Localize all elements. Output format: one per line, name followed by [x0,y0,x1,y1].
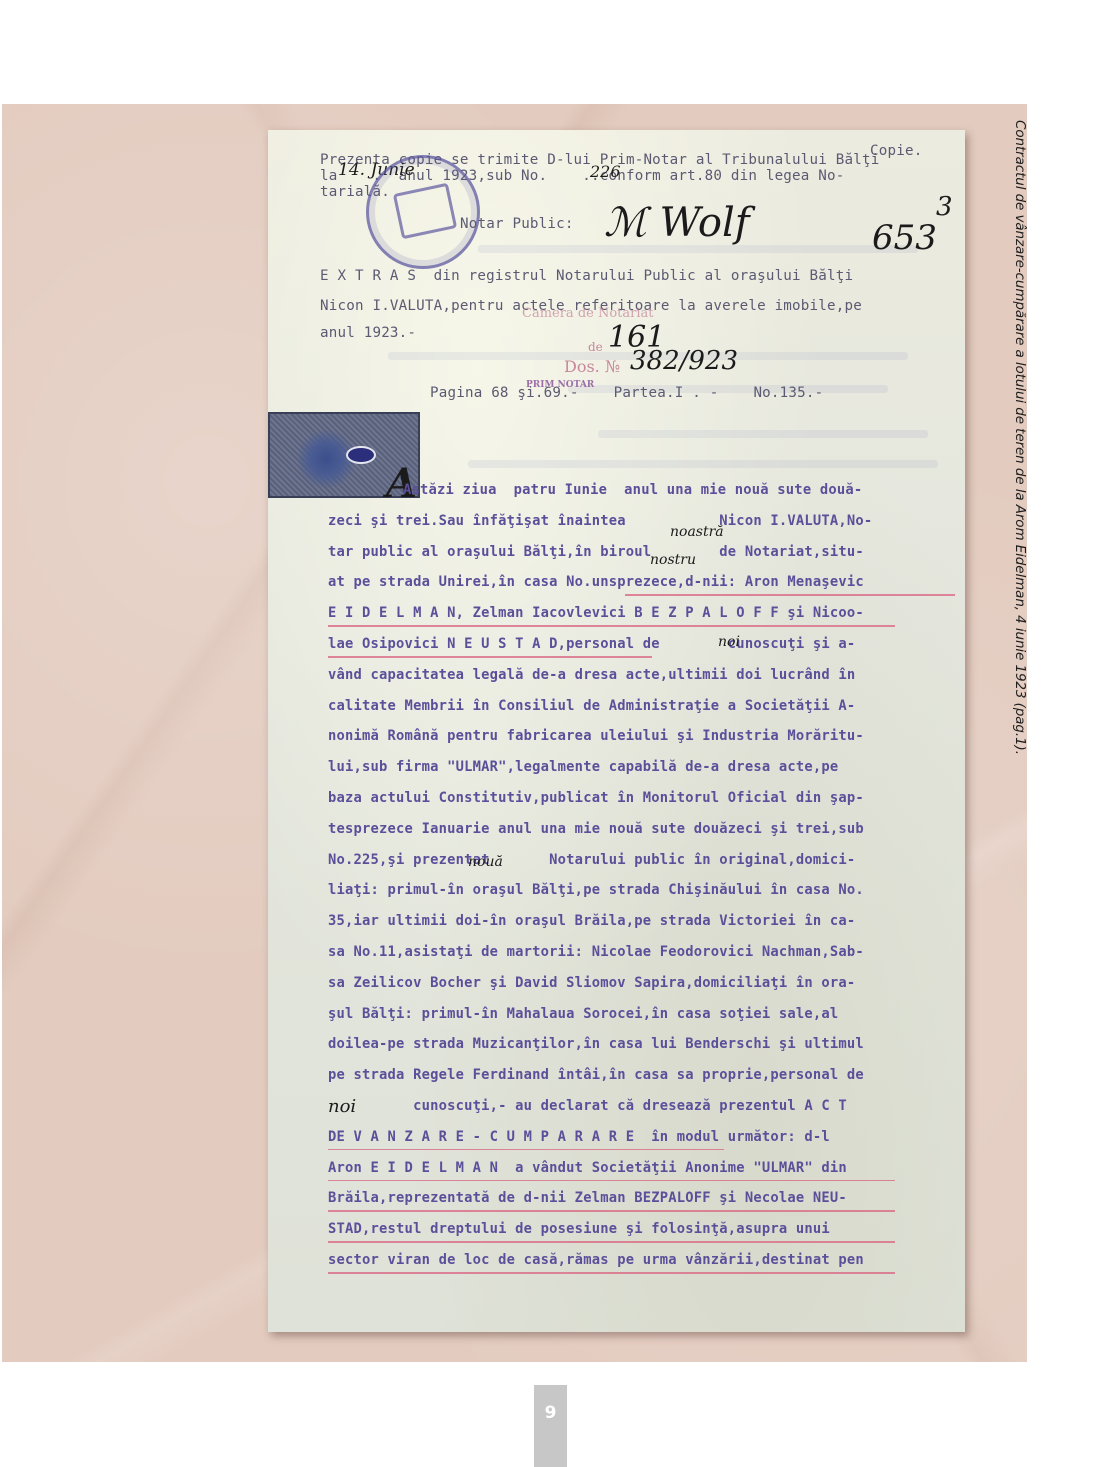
contract-line: şul Bălţi: primul-în Mahalaua Sorocei,în… [328,1006,838,1022]
contract-line: at pe strada Unirei,în casa No.unsprezec… [328,574,864,590]
pink-stamp-text: Camera de Notariat [522,306,654,321]
contract-line: Aron E I D E L M A N a vândut Societăţii… [328,1160,847,1176]
contract-line: pe strada Regele Ferdinand întâi,în casa… [328,1067,864,1083]
handwritten-insertion: noastră [670,524,724,540]
bleed-through [468,460,938,468]
contract-line: lui,sub firma "ULMAR",legalmente capabil… [328,759,838,775]
contract-line: 35,iar ultimii doi-în oraşul Brăila,pe s… [328,913,855,929]
red-underline [328,1241,895,1243]
seal-emblem [393,183,457,240]
extract-line-3: anul 1923.- [320,325,416,341]
margin-number-top: 3 [936,192,953,222]
contract-line: baza actului Constitutiv,publicat în Mon… [328,790,864,806]
red-underline [625,594,955,596]
extract-line-1: E X T R A S din registrul Notarului Publ… [320,268,853,284]
bleed-through [598,430,928,438]
contract-line: sa Zeilicov Bocher şi David Sliomov Sapi… [328,975,855,991]
contract-line: tesprezece Ianuarie anul una mie nouă su… [328,821,864,837]
stamp-value-oval [346,446,376,464]
contract-line: lae Osipovici N E U S T A D,personal de … [328,636,855,652]
red-underline [328,1210,895,1212]
contract-line: nonimă Română pentru fabricarea uleiului… [328,728,864,744]
contract-line: STAD,restul dreptului de posesiune şi fo… [328,1221,830,1237]
page-reference-line: Pagina 68 şi.69.- Partea.I . - No.135.- [430,385,823,401]
dos-label: Dos. № [564,357,620,376]
handwritten-insertion: nouă [468,854,503,870]
contract-line: doilea-pe strada Muzicanţilor,în casa lu… [328,1036,864,1052]
notary-seal [366,155,480,269]
notary-public-label: Notar Public: [460,216,574,232]
contract-line: tar public al oraşului Bălţi,în biroul d… [328,544,864,560]
contract-line: No.225,şi prezentat Notarului public în … [328,852,855,868]
handwritten-insertion: noi [718,634,740,650]
handwritten-insertion: noi [328,1096,356,1117]
handwritten-number: 226 [590,162,621,181]
margin-number-bottom: 653 [872,218,937,258]
red-underline [328,1272,895,1274]
red-underline [328,656,652,658]
figure-caption: Contractul de vânzare-cumpărare a lotulu… [988,120,1028,880]
contract-line: calitate Membrii în Consiliul de Adminis… [328,698,855,714]
contract-line: Astăzi ziua patru Iunie anul una mie nou… [386,482,862,498]
scanned-document: Copie. Prezenta copie se trimite D-lui P… [268,130,965,1332]
contract-line: DE V A N Z A R E - C U M P A R A R E în … [328,1129,830,1145]
contract-line: cunoscuţi,- au declarat că dresează prez… [328,1098,847,1114]
bleed-through [478,245,918,253]
contract-line: sector viran de loc de casă,rămas pe urm… [328,1252,864,1268]
contract-line: sa No.11,asistaţi de martorii: Nicolae F… [328,944,864,960]
red-underline [328,1149,724,1151]
red-underline [328,1180,895,1182]
contract-line: Brăila,reprezentată de d-nii Zelman BEZP… [328,1190,847,1206]
page-number-tab: 9 [534,1385,567,1467]
contract-line: vând capacitatea legală de-a dresa acte,… [328,667,855,683]
contract-line: zeci şi trei.Sau înfăţişat înaintea Nico… [328,513,872,529]
handwritten-dossier: 382/923 [630,346,738,376]
stamp-prefix: de [588,340,603,354]
page-number: 9 [534,1403,567,1423]
red-underline [328,625,895,627]
notary-signature: ℳ Wolf [604,200,750,246]
contract-line: E I D E L M A N, Zelman Iacovlevici B E … [328,605,864,621]
contract-line: liaţi: primul-în oraşul Bălţi,pe strada … [328,882,864,898]
handwritten-insertion: nostru [650,552,696,568]
